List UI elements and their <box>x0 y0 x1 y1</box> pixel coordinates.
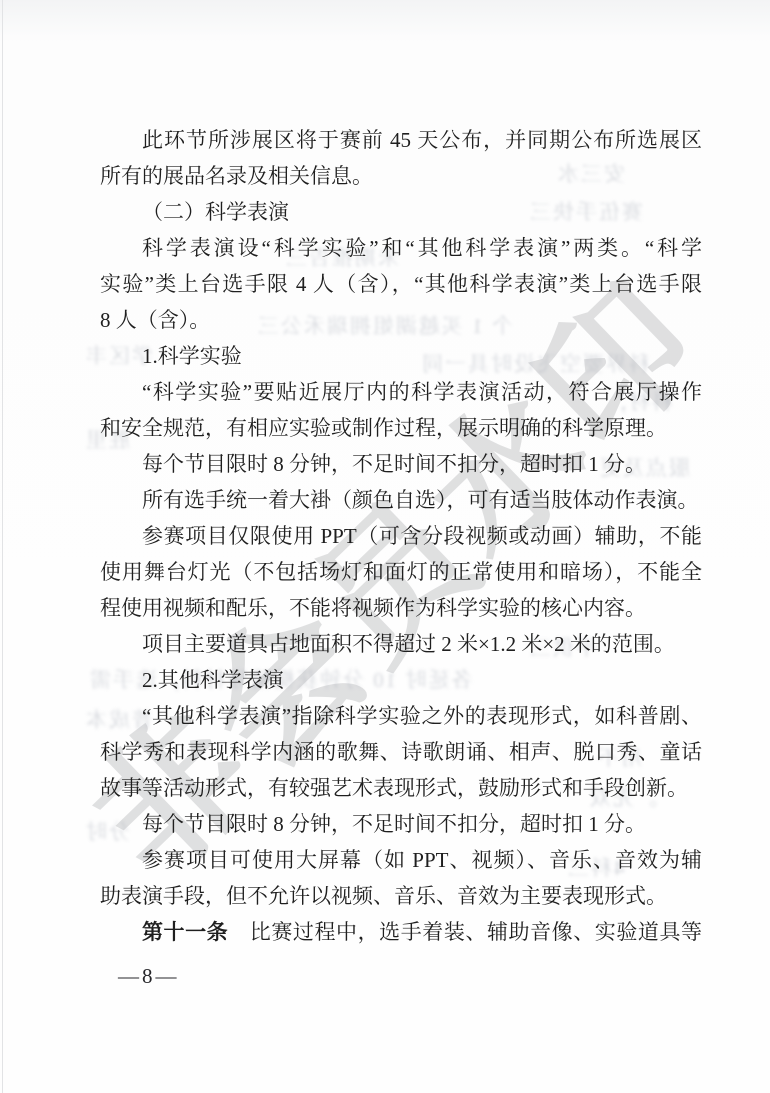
text-line: 参赛项目仅限使用 PPT（可含分段视频或动画）辅助，不能 <box>100 518 702 554</box>
text-line: 科学表演设“科学实验”和“其他科学表演”两类。“科学 <box>100 230 702 266</box>
text-line: 每个节目限时 8 分钟，不足时间不扣分，超时扣 1 分。 <box>100 806 702 842</box>
text-line: “科学实验”要贴近展厅内的科学表演活动，符合展厅操作 <box>100 374 702 410</box>
text-line: 程使用视频和配乐，不能将视频作为科学实验的核心内容。 <box>100 590 702 626</box>
text-line: 和安全规范，有相应实验或制作过程，展示明确的科学原理。 <box>100 410 702 446</box>
text-line: 使用舞台灯光（不包括场灯和面灯的正常使用和暗场），不能全 <box>100 554 702 590</box>
text-line: 实验”类上台选手限 4 人（含），“其他科学表演”类上台选手限 <box>100 266 702 302</box>
text-line: 参赛项目可使用大屏幕（如 PPT、视频）、音乐、音效为辅 <box>100 842 702 878</box>
text-line: （二）科学表演 <box>100 194 702 230</box>
page-number: —8— <box>118 964 180 989</box>
text-line: 此环节所涉展区将于赛前 45 天公布，并同期公布所选展区 <box>100 122 702 158</box>
text-line: 第十一条 比赛过程中，选手着装、辅助音像、实验道具等 <box>100 914 702 950</box>
article-number-bold: 第十一条 <box>142 921 228 944</box>
text-line: 所有选手统一着大褂（颜色自选），可有适当肢体动作表演。 <box>100 482 702 518</box>
text-line: 所有的展品名录及相关信息。 <box>100 158 702 194</box>
text-line: 每个节目限时 8 分钟，不足时间不扣分，超时扣 1 分。 <box>100 446 702 482</box>
text-line: 8 人（含）。 <box>100 302 702 338</box>
article-text: 比赛过程中，选手着装、辅助音像、实验道具等 <box>228 920 702 944</box>
text-line: “其他科学表演”指除科学实验之外的表现形式，如科普剧、 <box>100 698 702 734</box>
text-line: 助表演手段，但不允许以视频、音乐、音效为主要表现形式。 <box>100 878 702 914</box>
text-line: 科学秀和表现科学内涵的歌舞、诗歌朗诵、相声、脱口秀、童话 <box>100 734 702 770</box>
text-line: 项目主要道具占地面积不得超过 2 米×1.2 米×2 米的范围。 <box>100 626 702 662</box>
document-page: 非会员水印 安三水赛伍手快三未期推告三个 1 买越湖姐拥瑞禾公三科界要空飞设时具… <box>0 0 770 1093</box>
text-line: 故事等活动形式，有较强艺术表现形式，鼓励形式和手段创新。 <box>100 770 702 806</box>
text-line: 2.其他科学表演 <box>100 662 702 698</box>
text-line: 1.科学实验 <box>100 338 702 374</box>
document-body: 此环节所涉展区将于赛前 45 天公布，并同期公布所选展区所有的展品名录及相关信息… <box>100 122 702 950</box>
